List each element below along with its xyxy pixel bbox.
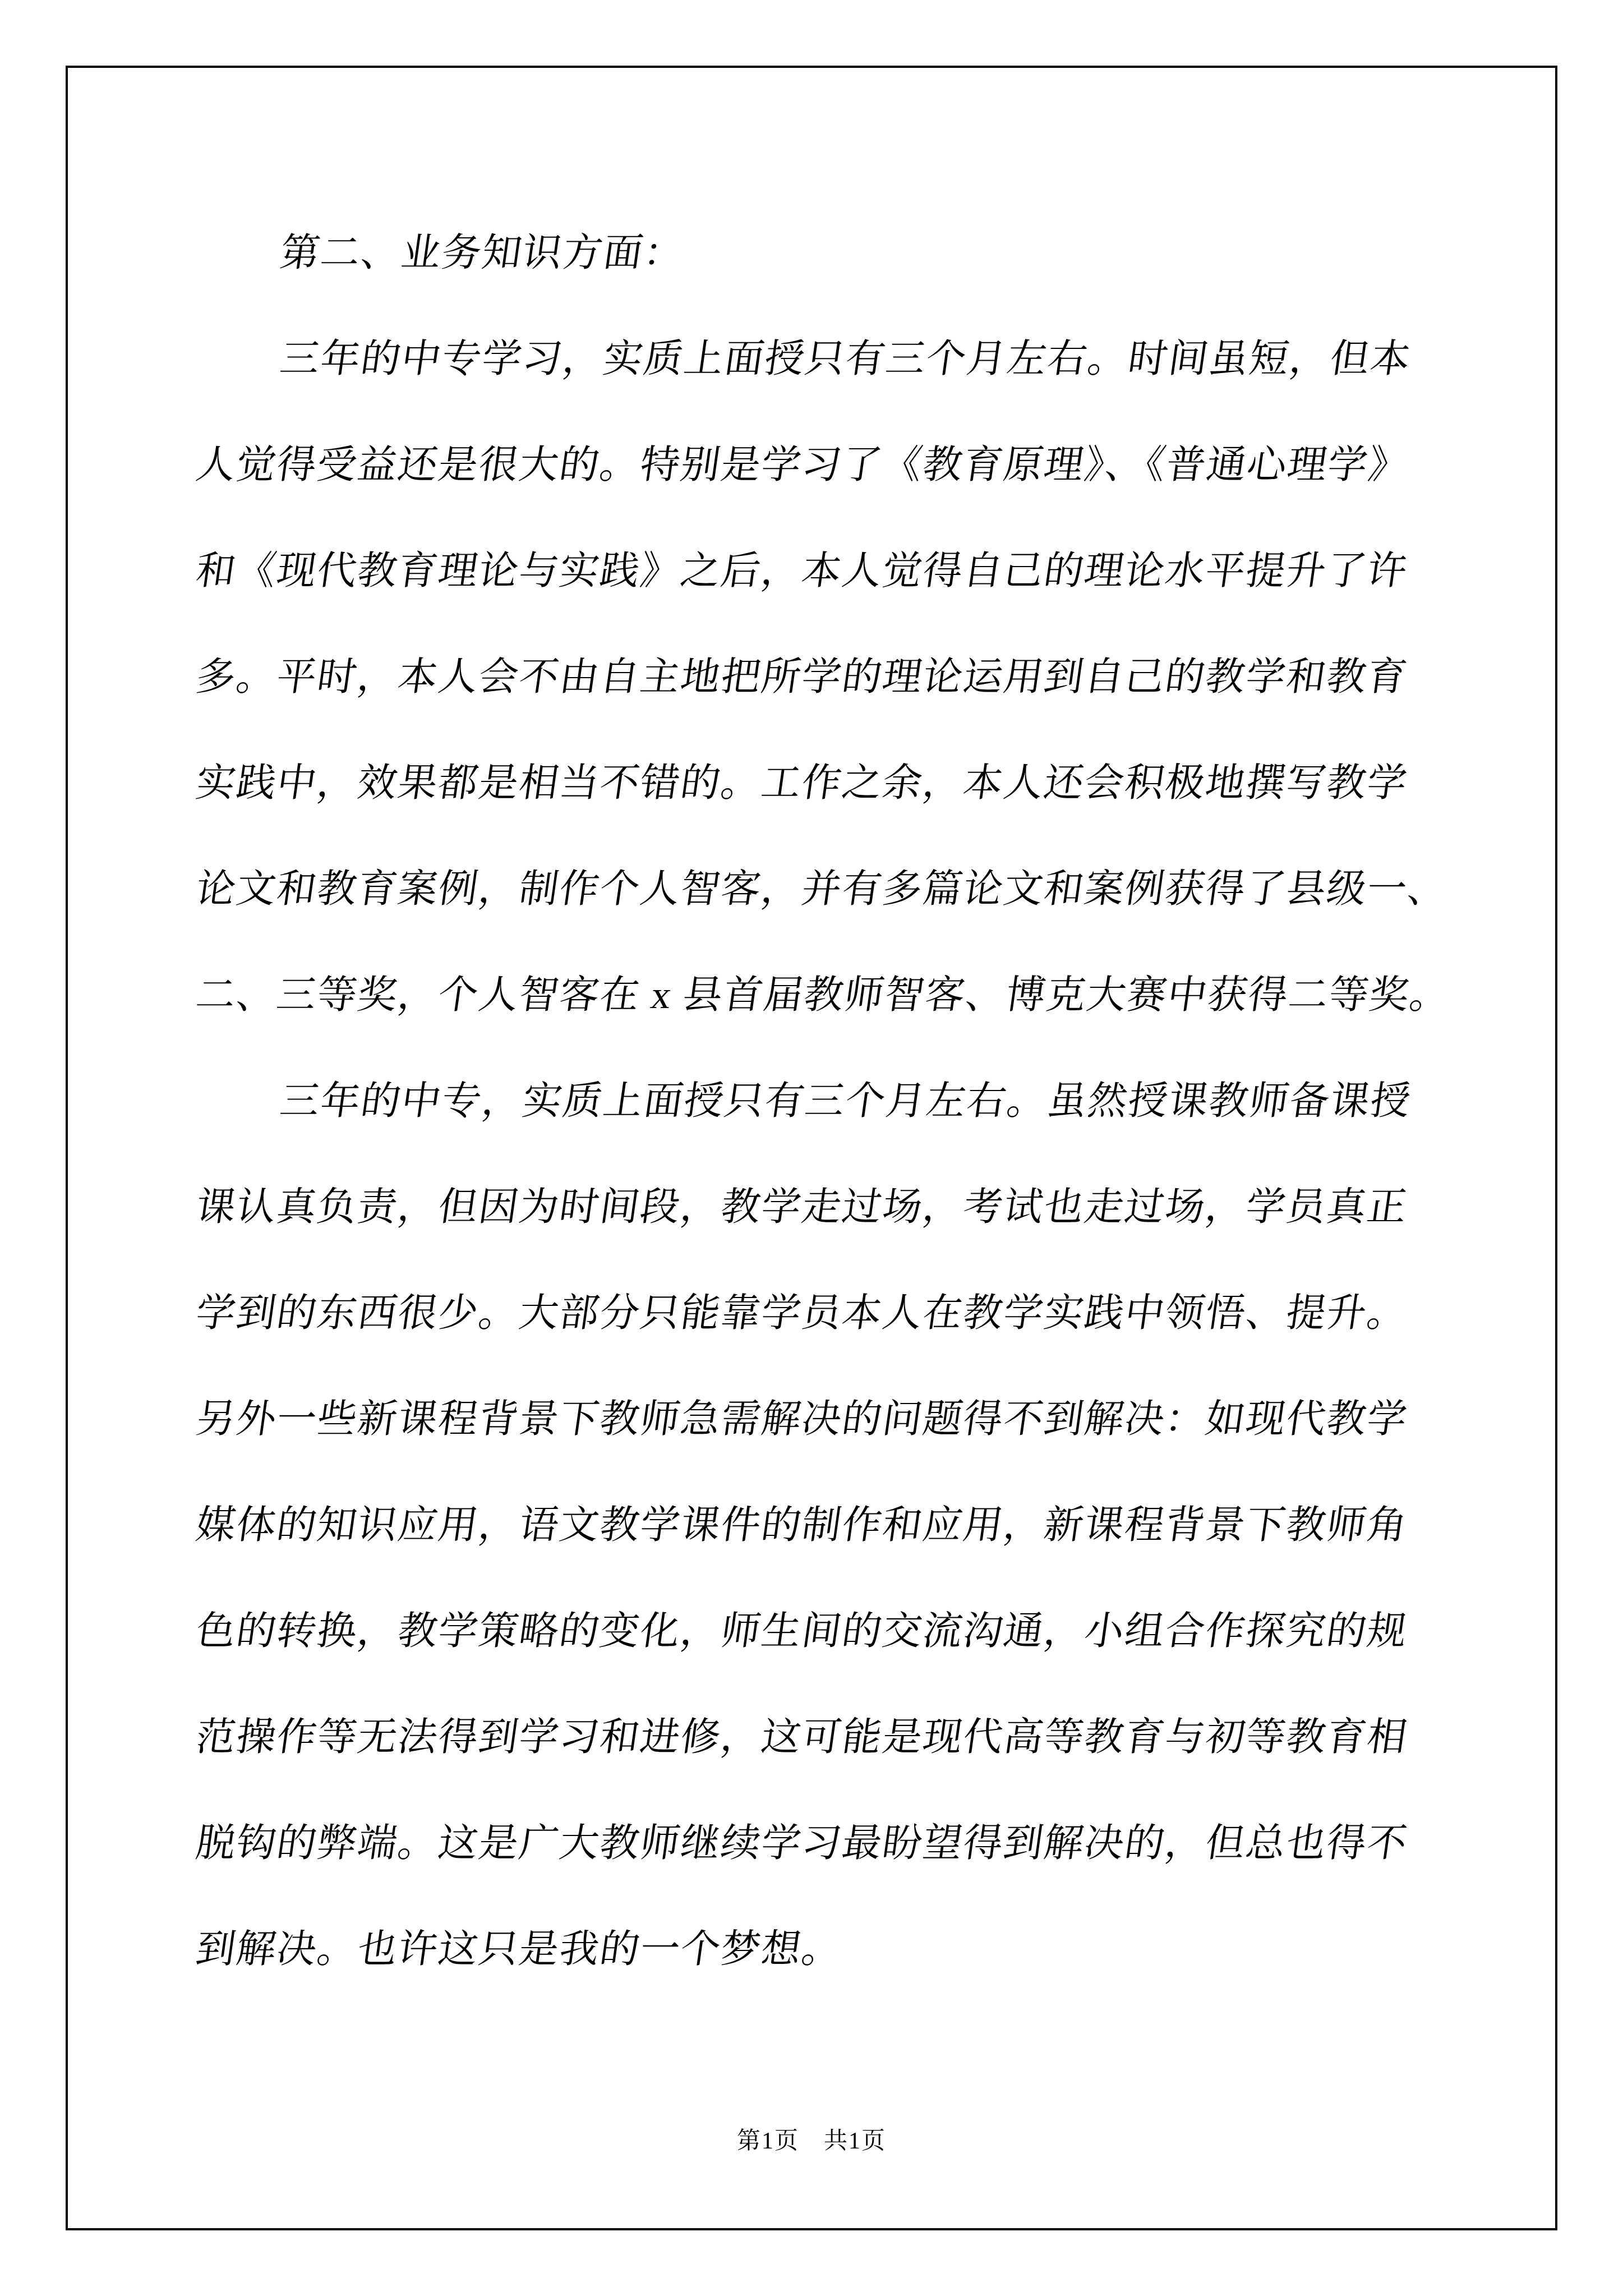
text-line: 多。平时，本人会不由自主地把所学的理论运用到自己的教学和教育 bbox=[189, 624, 1446, 730]
text-line: 脱钩的弊端。这是广大教师继续学习最盼望得到解决的，但总也得不 bbox=[189, 1791, 1446, 1897]
page-number-footer: 第1页 共1页 bbox=[0, 2125, 1623, 2157]
text-line: 论文和教育案例，制作个人智客，并有多篇论文和案例获得了县级一、 bbox=[189, 836, 1446, 942]
text-line: 色的转换，教学策略的变化，师生间的交流沟通，小组合作探究的规 bbox=[189, 1579, 1446, 1685]
text-line: 范操作等无法得到学习和进修，这可能是现代高等教育与初等教育相 bbox=[189, 1685, 1446, 1791]
text-line: 另外一些新课程背景下教师急需解决的问题得不到解决：如现代教学 bbox=[189, 1366, 1446, 1473]
text-line: 人觉得受益还是很大的。特别是学习了《教育原理》、《普通心理学》 bbox=[189, 412, 1446, 518]
heading-line: 第二、业务知识方面： bbox=[189, 200, 1446, 306]
text-line: 课认真负责，但因为时间段，教学走过场，考试也走过场，学员真正 bbox=[189, 1154, 1446, 1260]
document-body: 第二、业务知识方面： 三年的中专学习，实质上面授只有三个月左右。时间虽短，但本 … bbox=[192, 200, 1434, 2003]
text-line: 实践中，效果都是相当不错的。工作之余，本人还会积极地撰写教学 bbox=[189, 730, 1446, 836]
text-line: 二、三等奖，个人智客在 x 县首届教师智客、博克大赛中获得二等奖。 bbox=[189, 942, 1446, 1048]
text-line: 和《现代教育理论与实践》之后，本人觉得自己的理论水平提升了许 bbox=[189, 518, 1446, 624]
text-line: 学到的东西很少。大部分只能靠学员本人在教学实践中领悟、提升。 bbox=[189, 1260, 1446, 1366]
text-line: 三年的中专学习，实质上面授只有三个月左右。时间虽短，但本 bbox=[189, 306, 1446, 412]
text-line: 媒体的知识应用，语文教学课件的制作和应用，新课程背景下教师角 bbox=[189, 1473, 1446, 1579]
text-line: 到解决。也许这只是我的一个梦想。 bbox=[189, 1897, 1446, 2003]
text-line: 三年的中专，实质上面授只有三个月左右。虽然授课教师备课授 bbox=[189, 1048, 1446, 1154]
document-page: 第二、业务知识方面： 三年的中专学习，实质上面授只有三个月左右。时间虽短，但本 … bbox=[0, 0, 1623, 2296]
